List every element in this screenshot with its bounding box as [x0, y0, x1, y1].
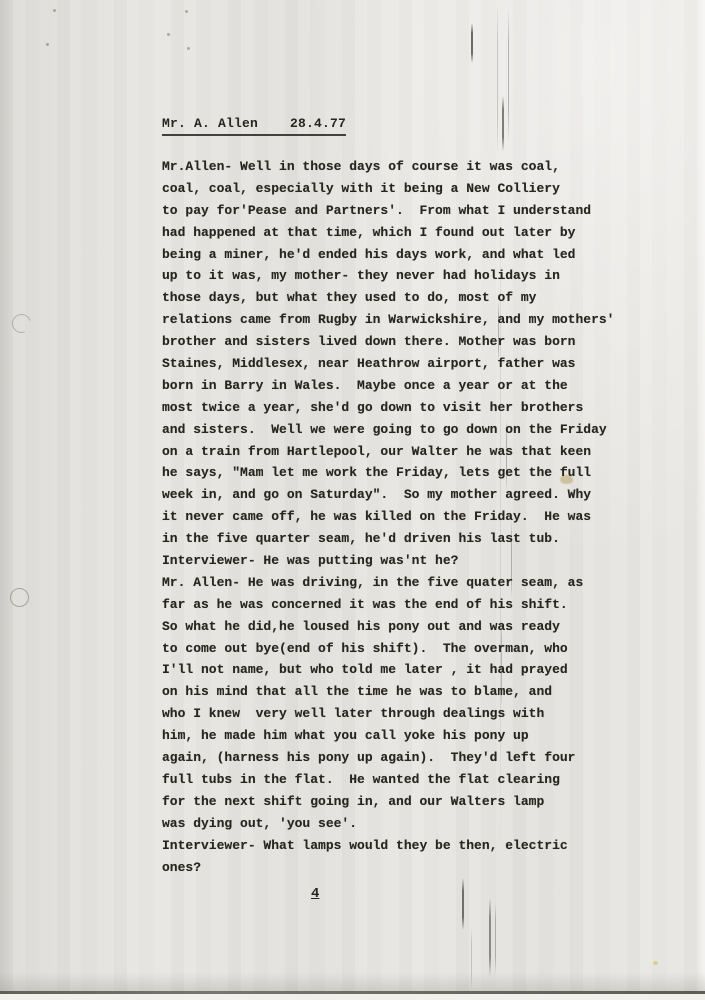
- paper-speck: [185, 10, 188, 13]
- transcript-line: far as he was concerned it was the end o…: [162, 594, 614, 616]
- transcript-line: in the five quarter seam, he'd driven hi…: [162, 528, 614, 550]
- hole-punch-mark: [10, 588, 29, 607]
- transcript-line: Mr.Allen- Well in those days of course i…: [162, 156, 614, 178]
- transcript-line: again, (harness his pony up again). They…: [162, 747, 614, 769]
- transcript-line: he says, "Mam let me work the Friday, le…: [162, 462, 614, 484]
- transcript-line: week in, and go on Saturday". So my moth…: [162, 484, 614, 506]
- transcript-line: on his mind that all the time he was to …: [162, 681, 614, 703]
- paper-speck: [46, 43, 49, 46]
- transcript-line: Interviewer- What lamps would they be th…: [162, 835, 614, 857]
- transcript-line: relations came from Rugby in Warwickshir…: [162, 309, 614, 331]
- transcript-line: born in Barry in Wales. Maybe once a yea…: [162, 375, 614, 397]
- transcript-line: Mr. Allen- He was driving, in the five q…: [162, 572, 614, 594]
- transcript-line: had happened at that time, which I found…: [162, 222, 614, 244]
- transcript-line: up to it was, my mother- they never had …: [162, 265, 614, 287]
- scan-streak: [471, 23, 473, 63]
- paper-speck: [53, 9, 56, 12]
- transcript-line: being a miner, he'd ended his days work,…: [162, 244, 614, 266]
- paper-speck: [167, 33, 170, 36]
- transcript-line: full tubs in the flat. He wanted the fla…: [162, 769, 614, 791]
- left-edge-shade: [0, 0, 14, 1000]
- transcript-line: Staines, Middlesex, near Heathrow airpor…: [162, 353, 614, 375]
- page-bottom-shadow: [0, 972, 705, 991]
- transcript: Mr.Allen- Well in those days of course i…: [162, 156, 614, 878]
- transcript-line: for the next shift going in, and our Wal…: [162, 791, 614, 813]
- transcript-line: was dying out, 'you see'.: [162, 813, 614, 835]
- scanner-background: [0, 994, 705, 1000]
- transcript-line: who I knew very well later through deali…: [162, 703, 614, 725]
- document-header: Mr. A. Allen 28.4.77: [162, 116, 346, 136]
- transcript-line: So what he did,he loused his pony out an…: [162, 616, 614, 638]
- transcript-line: those days, but what they used to do, mo…: [162, 287, 614, 309]
- transcript-line: it never came off, he was killed on the …: [162, 506, 614, 528]
- transcript-line: most twice a year, she'd go down to visi…: [162, 397, 614, 419]
- paper-speck: [187, 47, 190, 50]
- transcript-line: ones?: [162, 857, 614, 879]
- scan-streak: [508, 8, 509, 143]
- transcript-line: him, he made him what you call yoke his …: [162, 725, 614, 747]
- scan-streak: [462, 878, 464, 930]
- right-edge-light: [697, 0, 705, 1000]
- scan-streak: [497, 4, 498, 154]
- scan-streak: [489, 898, 491, 976]
- scan-streak: [495, 902, 496, 974]
- transcript-line: on a train from Hartlepool, our Walter h…: [162, 441, 614, 463]
- transcript-line: to come out bye(end of his shift). The o…: [162, 638, 614, 660]
- page-number: 4: [311, 886, 319, 902]
- transcript-line: and sisters. Well we were going to go do…: [162, 419, 614, 441]
- paper-speck: [653, 961, 658, 965]
- transcript-line: Interviewer- He was putting was'nt he?: [162, 550, 614, 572]
- transcript-line: brother and sisters lived down there. Mo…: [162, 331, 614, 353]
- transcript-line: to pay for'Pease and Partners'. From wha…: [162, 200, 614, 222]
- scan-streak: [502, 96, 504, 151]
- transcript-line: coal, coal, especially with it being a N…: [162, 178, 614, 200]
- transcript-line: I'll not name, but who told me later , i…: [162, 659, 614, 681]
- scanned-page: Mr. A. Allen 28.4.77 Mr.Allen- Well in t…: [0, 0, 705, 1000]
